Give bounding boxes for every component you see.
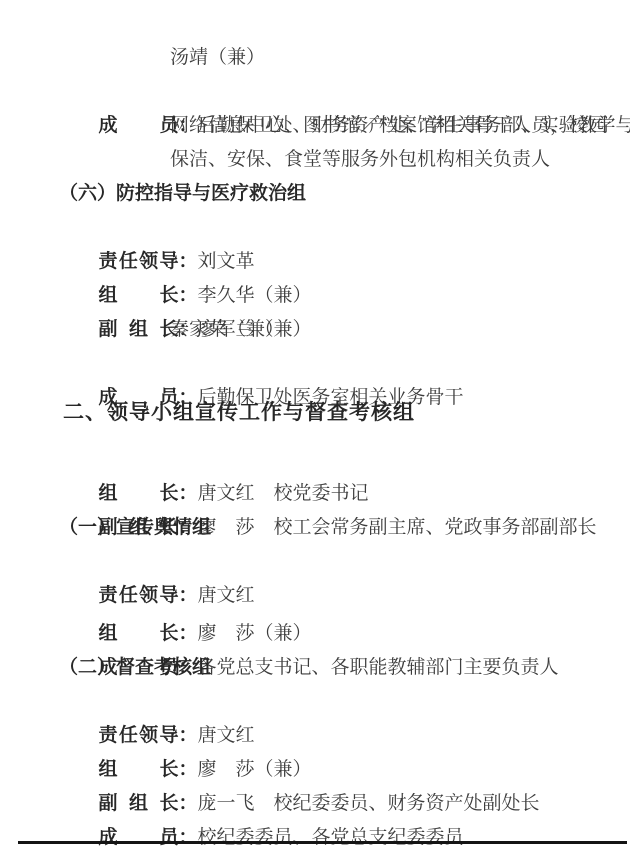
label-colon: ： — [179, 251, 198, 272]
field-label: 组长： — [99, 483, 198, 504]
field-label-text: 组长 — [99, 753, 179, 787]
field-row-members: 成员：后勤保卫处、财务资产处、学生事务部、实验教学与 — [0, 75, 630, 109]
label-colon: ： — [179, 623, 198, 644]
field-value: 校纪委委员、各党总支纪委委员 — [198, 827, 464, 847]
field-label: 责任领导： — [99, 725, 198, 746]
label-colon: ： — [179, 827, 198, 847]
field-label-text: 副组长 — [99, 313, 179, 347]
field-label-text: 责任领导 — [99, 579, 179, 613]
field-label-text: 副组长 — [99, 787, 179, 821]
field-label-text: 成员 — [99, 109, 179, 143]
field-label: 组长： — [99, 623, 198, 644]
field-value: 唐文红 — [198, 725, 255, 746]
label-colon: ： — [179, 585, 198, 606]
field-row-members: 成员：后勤保卫处医务室相关业务骨干 — [0, 347, 630, 381]
field-label-text: 组长 — [99, 617, 179, 651]
document-content: 汤靖（兼） 成员：后勤保卫处、财务资产处、学生事务部、实验教学与 网络信息中心、… — [0, 41, 630, 821]
label-colon: ： — [179, 793, 198, 814]
field-value: 庞一飞 校纪委委员、财务资产处副处长 — [198, 793, 540, 814]
field-row-duty-leader: 责任领导：唐文红 — [0, 545, 630, 579]
subsection-heading-6: （六）防控指导与医疗救治组 — [0, 177, 630, 211]
continuation-row: 汤靖（兼） — [0, 41, 630, 75]
field-label-text: 责任领导 — [99, 245, 179, 279]
field-label: 成员： — [99, 827, 198, 847]
field-value: 廖 莎（兼） — [198, 623, 312, 644]
field-value: 廖 莎（兼） — [198, 759, 312, 780]
continuation-row: 保洁、安保、食堂等服务外包机构相关负责人 — [0, 143, 630, 177]
label-colon: ： — [179, 285, 198, 306]
field-label-text: 组长 — [99, 279, 179, 313]
field-row-duty-leader: 责任领导：唐文红 — [0, 685, 630, 719]
field-value: 刘文革 — [198, 251, 255, 272]
field-label: 组长： — [99, 285, 198, 306]
field-row-duty-leader: 责任领导：刘文革 — [0, 211, 630, 245]
major-section-heading-2: 二、领导小组宣传工作与督查考核组 — [0, 395, 630, 431]
document-page: 汤靖（兼） 成员：后勤保卫处、财务资产处、学生事务部、实验教学与 网络信息中心、… — [0, 0, 630, 847]
field-label: 组长： — [99, 759, 198, 780]
field-row-leader: 组长：唐文红 校党委书记 — [0, 443, 630, 477]
field-value: 唐文红 校党委书记 — [198, 483, 369, 504]
field-label-text: 组长 — [99, 477, 179, 511]
field-value: 李久华（兼） — [198, 285, 312, 306]
field-value: 廖 莎 校工会常务副主席、党政事务部副部长 — [198, 517, 597, 538]
label-colon: ： — [179, 759, 198, 780]
field-label: 副组长： — [99, 793, 198, 814]
field-label-text: 责任领导 — [99, 719, 179, 753]
label-colon: ： — [179, 483, 198, 504]
field-label: 责任领导： — [99, 585, 198, 606]
field-label: 责任领导： — [99, 251, 198, 272]
label-colon: ： — [179, 725, 198, 746]
field-value: 唐文红 — [198, 585, 255, 606]
field-value: 各党总支书记、各职能教辅部门主要负责人 — [198, 657, 559, 678]
page-bottom-rule — [18, 841, 627, 844]
